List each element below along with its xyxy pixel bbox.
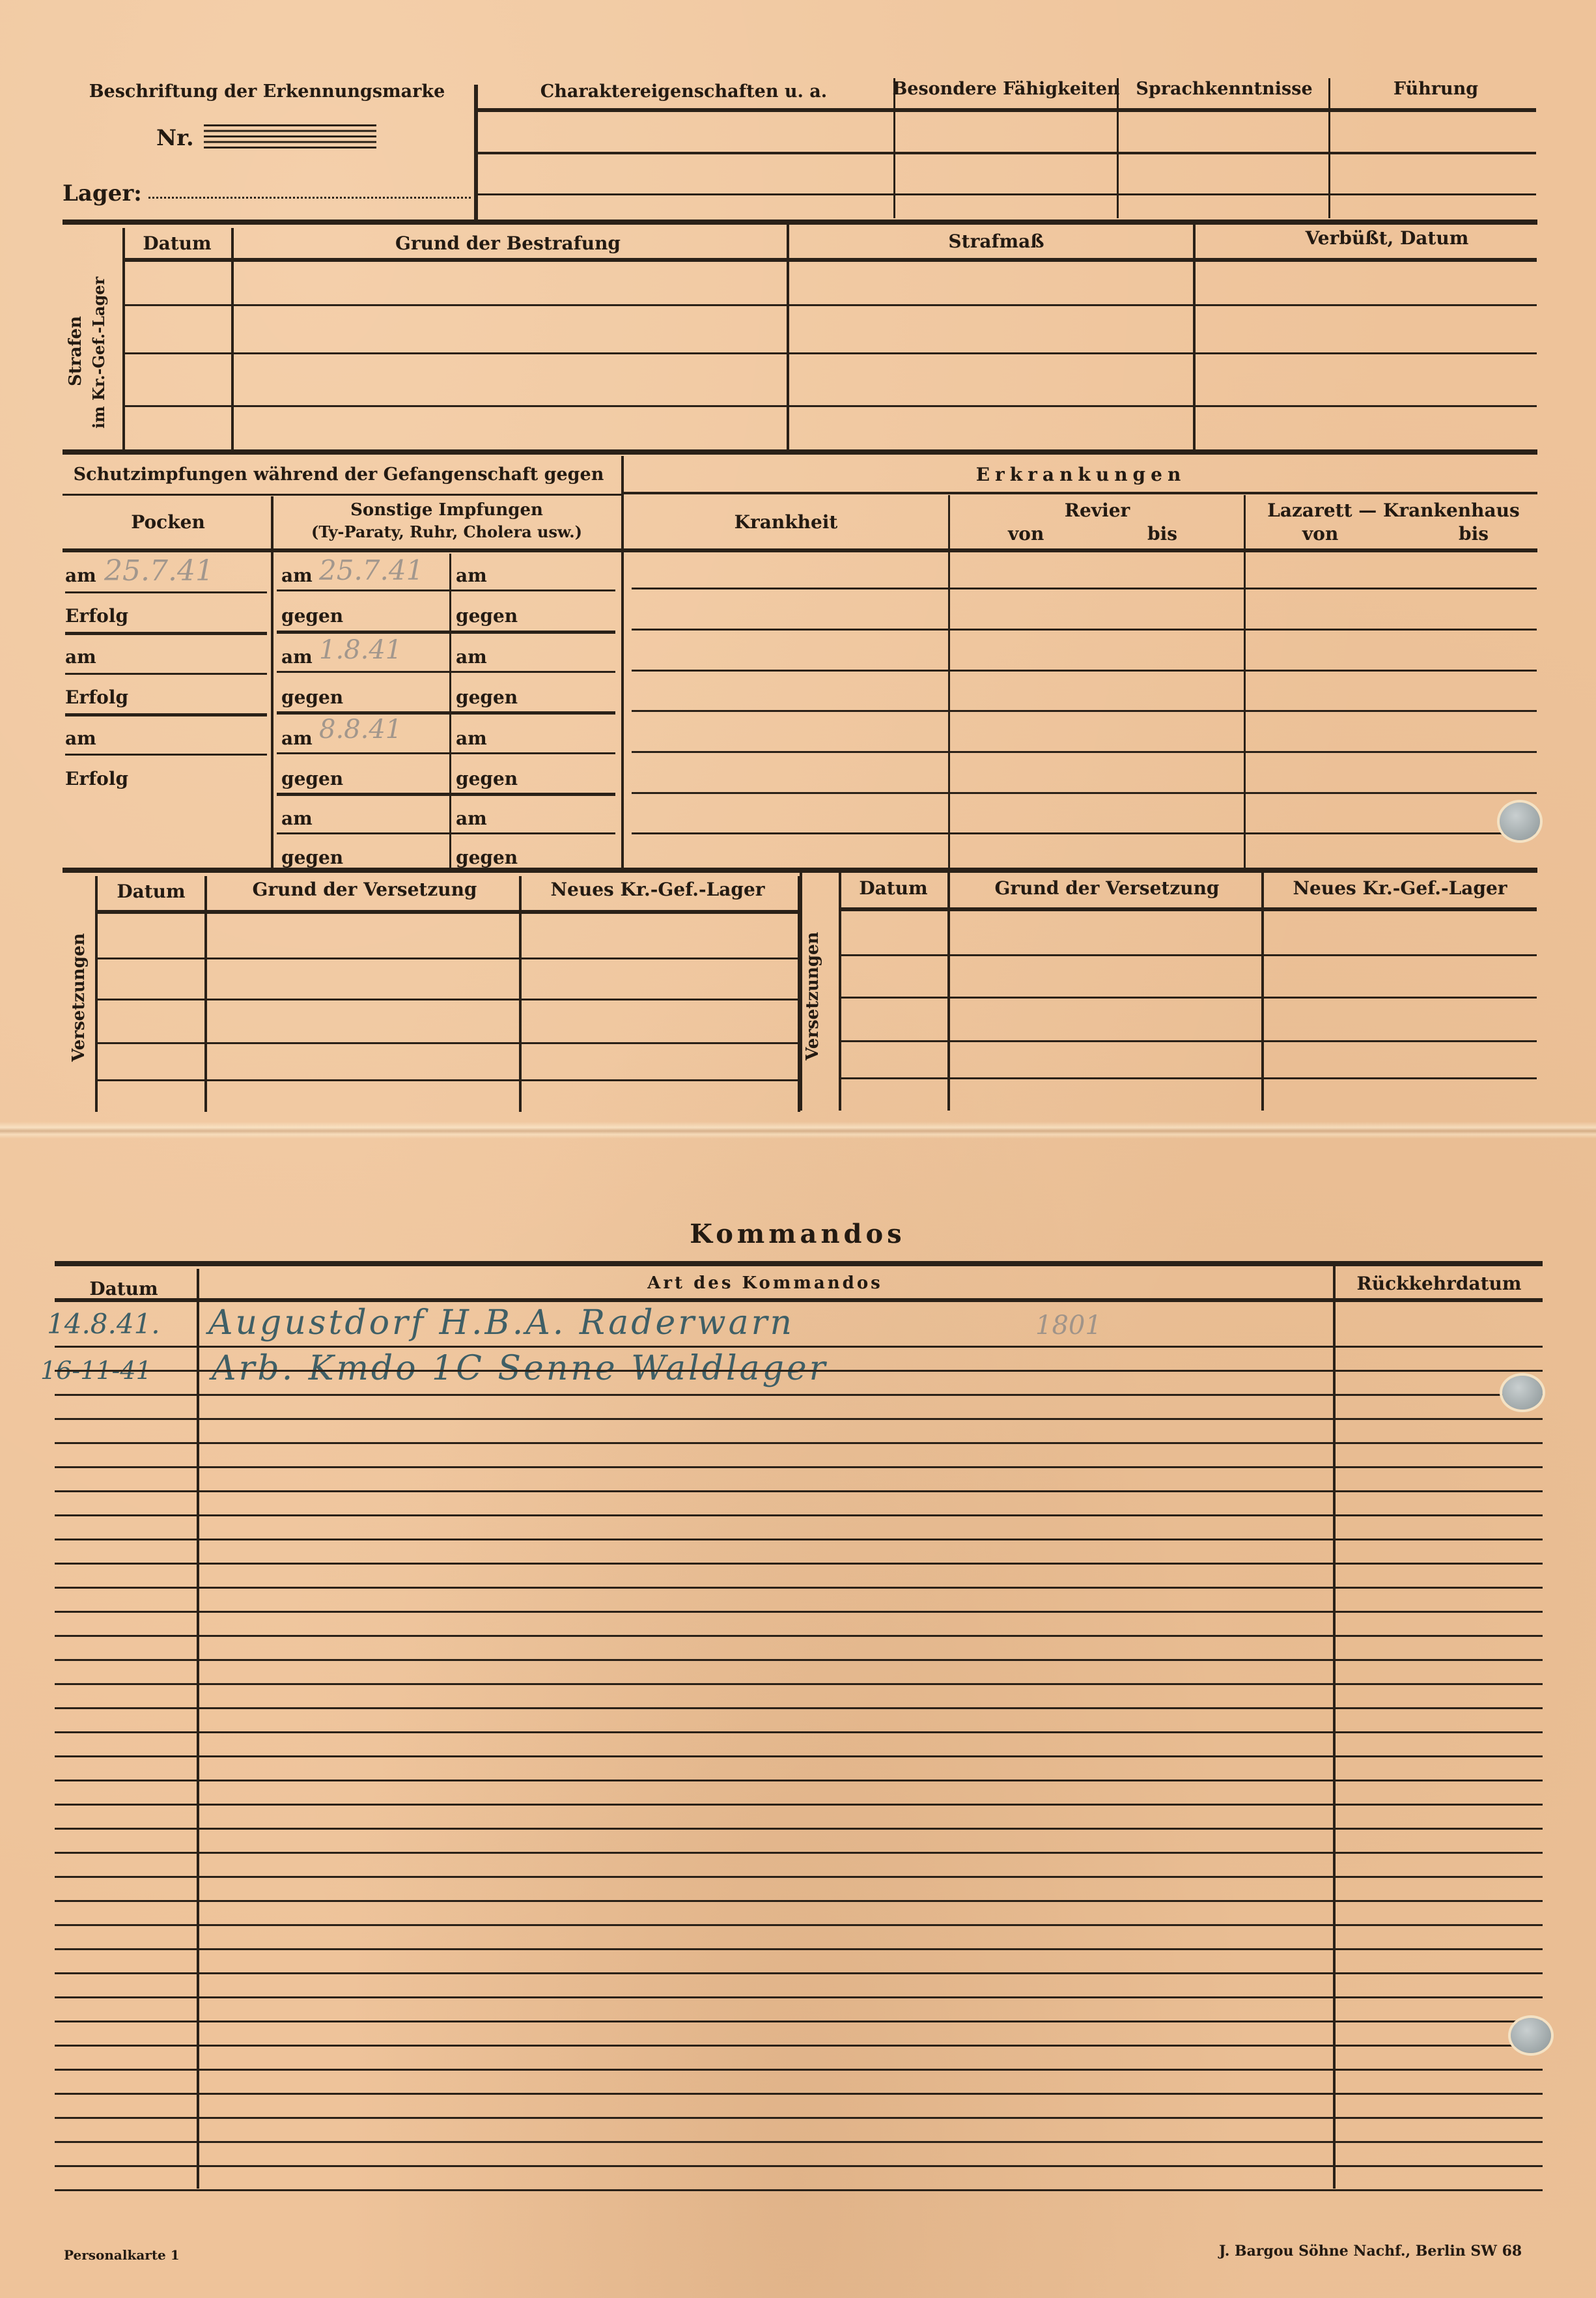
revier-header: Revier [1065, 502, 1130, 520]
col-sprachen: Sprachkenntnisse [1136, 80, 1312, 98]
pocken-am-3: am [65, 730, 96, 748]
divider [621, 456, 624, 868]
rule [98, 910, 798, 914]
sonstige-label: gegen [456, 770, 518, 788]
rule [125, 258, 1537, 262]
sonstige-label: am [456, 730, 487, 748]
kommandos-title: Kommandos [690, 1221, 905, 1247]
rule [55, 1298, 1543, 1302]
rule [632, 710, 1537, 712]
strafen-col-strafmass: Strafmaß [948, 233, 1044, 251]
strafen-col-datum: Datum [143, 234, 211, 253]
punch-hole [1502, 1376, 1543, 1410]
rule [632, 832, 1537, 834]
rule [841, 1077, 1537, 1079]
rule [125, 352, 1537, 354]
sonstige-label: am [456, 567, 487, 585]
lager-label: Lager: [63, 182, 142, 205]
rule [65, 673, 267, 675]
rule [841, 1040, 1537, 1042]
versetzungen-side-label-left: Versetzungen [70, 933, 87, 1062]
col-fuehrung: Führung [1393, 80, 1478, 98]
rule [63, 220, 1537, 225]
rule [98, 1042, 798, 1044]
rule [632, 588, 1537, 589]
rule [98, 1079, 798, 1081]
fold-crease [0, 1122, 1596, 1139]
pocken-erfolg-1: Erfolg [65, 607, 128, 625]
rule [63, 868, 1537, 873]
rule [632, 670, 1537, 672]
rule [277, 752, 615, 754]
nr-field[interactable] [204, 124, 376, 149]
lazarett-bis: bis [1459, 525, 1489, 543]
strafen-side-label-2: im Kr.-Gef.-Lager [91, 277, 107, 429]
rule [65, 754, 267, 756]
punch-hole [1500, 802, 1540, 840]
sonstige-date-1: 25.7.41 [319, 557, 423, 584]
pocken-erfolg-2: Erfolg [65, 688, 128, 707]
col-faehigkeiten: Besondere Fähigkeiten [892, 80, 1119, 98]
sonstige-label: gegen [281, 770, 343, 788]
rule [632, 629, 1537, 631]
rule [125, 304, 1537, 306]
rule [277, 631, 615, 634]
nr-label: Nr. [156, 127, 194, 149]
rule [478, 108, 1536, 112]
versetzungen-side-label-right: Versetzungen [804, 932, 821, 1060]
rule [478, 193, 1536, 195]
punch-hole [1511, 2018, 1551, 2053]
versetzung-col-grund-2: Grund der Versetzung [994, 879, 1219, 898]
sonstige-label: gegen [281, 607, 343, 625]
impfungen-title: Schutzimpfungen während der Gefangenscha… [74, 466, 604, 483]
divider [449, 554, 451, 868]
strafen-col-grund: Grund der Bestrafung [395, 234, 621, 253]
erkrankungen-title: Erkrankungen [976, 466, 1186, 484]
sonstige-date-2: 1.8.41 [319, 637, 402, 663]
versetzung-col-lager: Neues Kr.-Gef.-Lager [550, 881, 764, 899]
pocken-erfolg-3: Erfolg [65, 770, 128, 788]
rule [65, 713, 267, 716]
rule [55, 1261, 1543, 1266]
rule [63, 449, 1537, 455]
revier-von: von [1008, 525, 1044, 543]
divider [893, 78, 895, 218]
rule [98, 999, 798, 1000]
sonstige-label: am [281, 567, 313, 585]
sonstige-label: am [456, 810, 487, 828]
rule [63, 494, 623, 496]
strafen-col-verbuesst: Verbüßt, Datum [1306, 229, 1469, 248]
sonstige-header: Sonstige Impfungen [350, 502, 543, 518]
kommandos-col-rueckkehr: Rückkehrdatum [1356, 1275, 1521, 1293]
revier-bis: bis [1147, 525, 1177, 543]
krankheit-header: Krankheit [735, 513, 838, 532]
sonstige-label: am [281, 810, 313, 828]
sonstige-label: gegen [456, 607, 518, 625]
rule [632, 751, 1537, 753]
sonstige-label: gegen [281, 688, 343, 707]
divider [948, 495, 950, 868]
sonstige-header-sub: (Ty-Paraty, Ruhr, Cholera usw.) [311, 524, 582, 540]
versetzung-col-grund: Grund der Versetzung [252, 881, 477, 899]
sonstige-label: am [281, 730, 313, 748]
form-id: Personalkarte 1 [64, 2248, 180, 2262]
kommandos-ruled-lines [55, 1324, 1543, 2206]
divider [1328, 78, 1330, 218]
strafen-side-label: Strafen [67, 316, 84, 386]
rule [841, 954, 1537, 956]
rule [63, 548, 1537, 552]
rule [632, 792, 1537, 794]
pocken-date-1: 25.7.41 [104, 557, 214, 586]
col-charakter: Charaktereigenschaften u. a. [540, 83, 827, 100]
printer-credit: J. Bargou Söhne Nachf., Berlin SW 68 [1219, 2244, 1522, 2258]
kommandos-col-art: Art des Kommandos [647, 1275, 883, 1292]
rule [65, 632, 267, 635]
rule [98, 957, 798, 959]
sonstige-label: gegen [281, 849, 343, 867]
rule [277, 832, 615, 834]
rule [841, 907, 1537, 911]
sonstige-label: gegen [456, 688, 518, 707]
sonstige-label: am [281, 648, 313, 666]
divider [800, 873, 802, 1111]
rule [277, 589, 615, 591]
divider [1244, 495, 1246, 868]
rule [841, 997, 1537, 999]
rule [624, 492, 1537, 494]
rule [277, 671, 615, 673]
lazarett-von: von [1302, 525, 1338, 543]
rule [65, 591, 267, 593]
versetzung-col-lager-2: Neues Kr.-Gef.-Lager [1293, 879, 1507, 898]
pocken-am-2: am [65, 648, 96, 666]
lager-field[interactable] [148, 197, 471, 199]
divider [1117, 78, 1119, 218]
kommandos-col-datum: Datum [89, 1280, 158, 1298]
erkennungsmarke-label: Beschriftung der Erkennungsmarke [89, 83, 445, 100]
versetzung-col-datum-2: Datum [859, 879, 927, 898]
pocken-header: Pocken [131, 513, 205, 532]
sonstige-label: am [456, 648, 487, 666]
sonstige-date-3: 8.8.41 [319, 716, 402, 743]
rule [277, 793, 615, 796]
pocken-am-1: am [65, 567, 96, 585]
lazarett-header: Lazarett — Krankenhaus [1267, 502, 1520, 520]
versetzung-col-datum: Datum [117, 883, 185, 901]
rule [478, 152, 1536, 154]
sonstige-label: gegen [456, 849, 518, 867]
rule [125, 405, 1537, 407]
